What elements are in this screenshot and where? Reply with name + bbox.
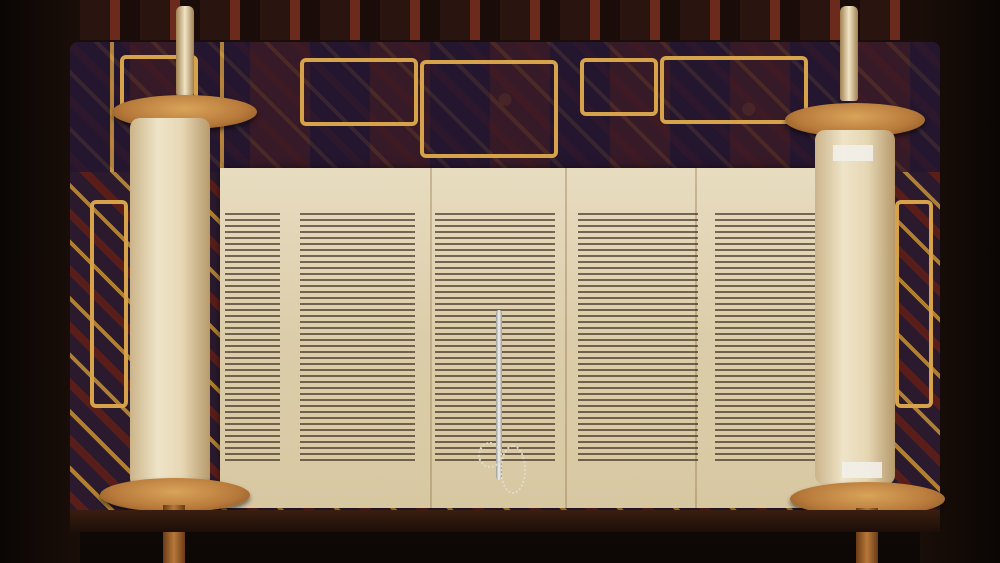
text-column xyxy=(435,213,555,463)
yad-chain xyxy=(500,445,526,494)
parchment-seam xyxy=(565,168,567,508)
carpet-motif xyxy=(300,58,418,126)
parchment-seam xyxy=(430,168,432,508)
right-finial xyxy=(840,6,858,101)
left-roller xyxy=(130,118,210,488)
dark-background-left xyxy=(0,0,80,563)
torah-scroll-photo: Torah scroll xyxy=(0,0,1000,563)
yad-chain xyxy=(478,442,502,468)
background-rug-strip xyxy=(80,0,920,40)
wooden-stand xyxy=(70,510,940,532)
carpet-motif xyxy=(90,200,128,408)
left-finial xyxy=(176,6,194,96)
carpet-motif xyxy=(660,56,808,124)
text-column xyxy=(300,213,415,463)
roller-label xyxy=(833,145,873,161)
roller-label xyxy=(842,462,882,478)
text-column xyxy=(225,213,280,463)
text-column xyxy=(715,213,820,463)
scroll-parchment xyxy=(220,168,830,508)
carpet-motif xyxy=(580,58,658,116)
right-roller xyxy=(815,130,895,485)
carpet-motif xyxy=(895,200,933,408)
carpet-motif xyxy=(420,60,558,158)
text-column xyxy=(578,213,698,463)
